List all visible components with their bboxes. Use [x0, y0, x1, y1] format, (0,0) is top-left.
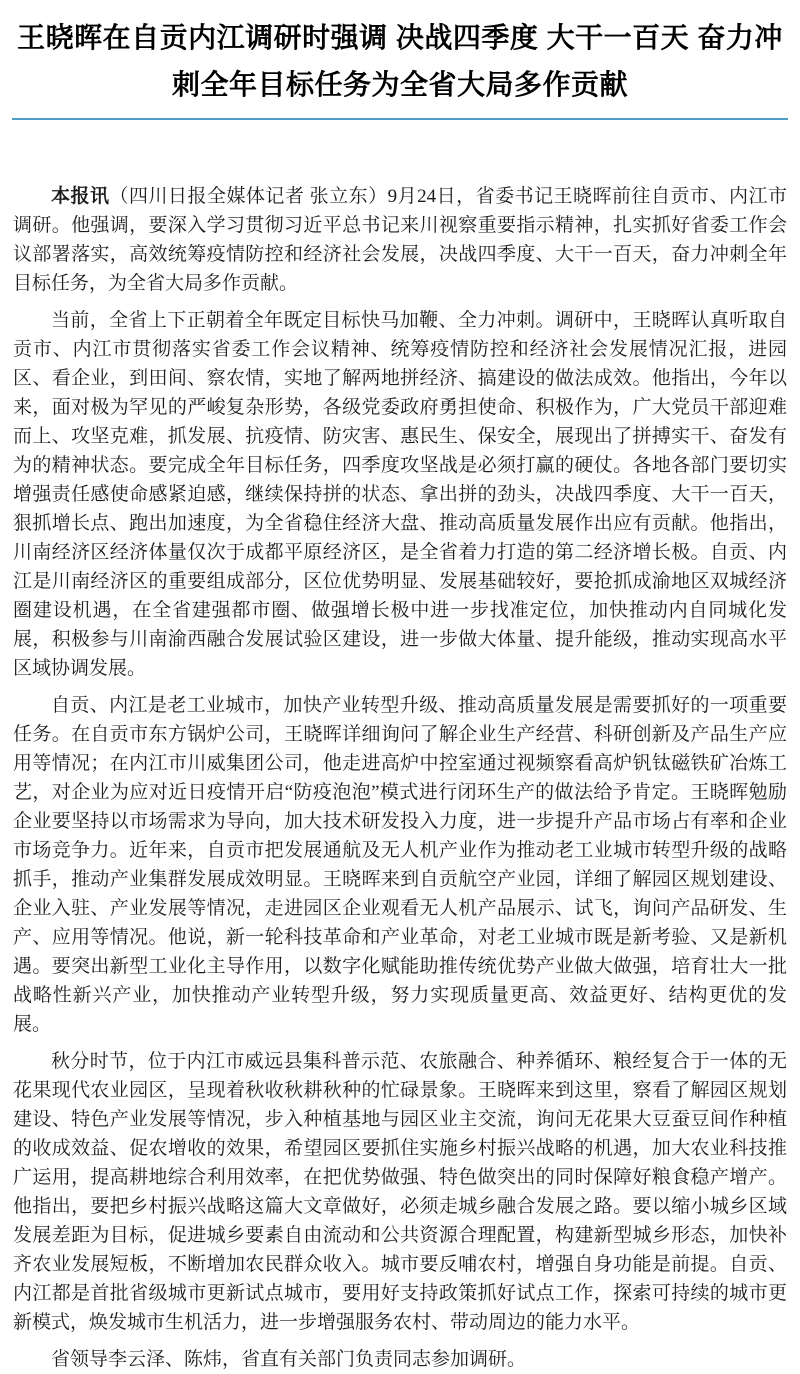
- article-paragraph: 当前，全省上下正朝着全年既定目标快马加鞭、全力冲刺。调研中，王晓晖认真听取自贡市…: [13, 306, 787, 683]
- article-page: 王晓晖在自贡内江调研时强调 决战四季度 大干一百天 奋力冲刺全年目标任务为全省大…: [0, 14, 800, 1374]
- article-paragraph: 省领导李云泽、陈炜，省直有关部门负责同志参加调研。: [13, 1345, 787, 1374]
- article-paragraph: 秋分时节，位于内江市威远县集科普示范、农旅融合、种养循环、粮经复合于一体的无花果…: [13, 1047, 787, 1337]
- title-divider: [12, 118, 788, 120]
- lead-label: 本报讯: [51, 186, 109, 207]
- article-title: 王晓晖在自贡内江调研时强调 决战四季度 大干一百天 奋力冲刺全年目标任务为全省大…: [14, 14, 786, 108]
- lead-paragraph: 本报讯（四川日报全媒体记者 张立东）9月24日，省委书记王晓晖前往自贡市、内江市…: [13, 182, 787, 298]
- lead-text: （四川日报全媒体记者 张立东）9月24日，省委书记王晓晖前往自贡市、内江市调研。…: [13, 186, 787, 294]
- article-paragraph: 自贡、内江是老工业城市，加快产业转型升级、推动高质量发展是需要抓好的一项重要任务…: [13, 691, 787, 1039]
- article-body: 本报讯（四川日报全媒体记者 张立东）9月24日，省委书记王晓晖前往自贡市、内江市…: [13, 182, 787, 1374]
